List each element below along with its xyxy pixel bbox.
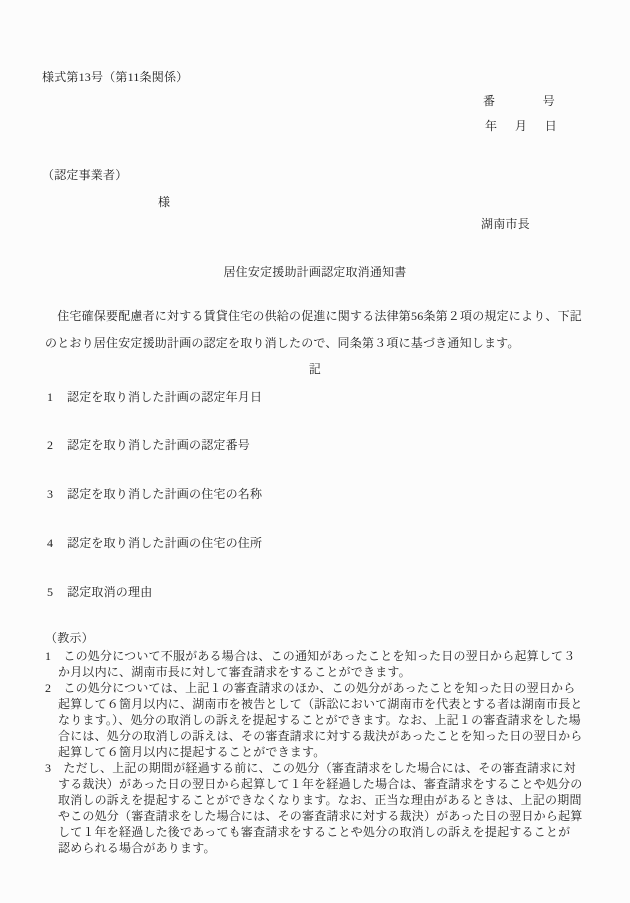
kyoji-line: 取消しの訴えを提起することができなくなります。なお、正当な理由があるときは、上記… [45,792,583,808]
number-prefix-label: 番 [483,95,495,109]
list-item-number: 4 [47,537,67,551]
kyoji-line: なります。）、処分の取消しの訴えを提起することができます。なお、上記１の審査請求… [45,712,583,728]
body-paragraph: 住宅確保要配慮者に対する賃貸住宅の供給の促進に関する法律第56条第２項の規定によ… [45,303,582,357]
kyoji-line: 1 この処分について不服がある場合は、この通知があったことを知った日の翌日から起… [45,648,583,664]
kyoji-line: やこの処分（審査請求をした場合には、その審査請求に対する裁決）があった日の翌日か… [45,808,583,824]
list-item-number: 5 [47,586,67,600]
kyoji-heading: （教示） [45,632,94,646]
sender-name: 湖南市長 [481,218,530,232]
addressee-label: （認定事業者） [42,169,127,183]
list-item-cancellation-reason: 5認定取消の理由 [47,586,152,600]
kyoji-line: 起算して６箇月以内に、湖南市を被告として（訴訟において湖南市を代表とする者は湖南… [45,696,583,712]
date-month-label: 月 [515,120,527,134]
document-number-line: 番 号 [483,95,555,109]
kyoji-line: 2 この処分については、上記１の審査請求のほか、この処分があったことを知った日の… [45,680,583,696]
kyoji-line: して１年を経過した後であっても審査請求をすることや処分の取消しの訴えを提起するこ… [45,824,583,840]
kyoji-line: か月以内に、湖南市長に対して審査請求をすることができます。 [45,664,583,680]
kyoji-line: 合には、処分の取消しの訴えは、その審査請求に対する裁決があったことを知った日の翌… [45,728,583,744]
kyoji-line: する裁決）があった日の翌日から起算して１年を経過した場合は、審査請求をすることや… [45,776,583,792]
date-year-label: 年 [485,120,497,134]
kyoji-line: 認められる場合があります。 [45,840,583,856]
number-suffix-label: 号 [543,95,555,109]
kyoji-line: 起算して６箇月以内に提起することができます。 [45,744,583,760]
list-item-label: 認定を取り消した計画の住宅の名称 [67,487,262,501]
date-line: 年 月 日 [485,120,557,134]
list-item-number: 3 [47,488,67,502]
list-item-label: 認定取消の理由 [67,585,152,599]
date-day-label: 日 [545,120,557,134]
kyoji-section: 1 この処分について不服がある場合は、この通知があったことを知った日の翌日から起… [45,648,583,856]
list-item-certification-date: 1認定を取り消した計画の認定年月日 [47,391,262,405]
notation-marker: 記 [0,363,630,377]
body-line: のとおり居住安定援助計画の認定を取り消したので、同条第３項に基づき通知します。 [45,330,582,357]
list-item-number: 2 [47,439,67,453]
kyoji-line: 3 ただし、上記の期間が経過する前に、この処分（審査請求をした場合には、その審査… [45,760,583,776]
form-number: 様式第13号（第11条関係） [42,71,188,85]
list-item-label: 認定を取り消した計画の認定番号 [67,438,250,452]
list-item-certification-number: 2認定を取り消した計画の認定番号 [47,439,250,453]
body-line: 住宅確保要配慮者に対する賃貸住宅の供給の促進に関する法律第56条第２項の規定によ… [45,303,582,330]
list-item-label: 認定を取り消した計画の住宅の住所 [67,536,262,550]
document-title: 居住安定援助計画認定取消通知書 [0,266,630,280]
list-item-label: 認定を取り消した計画の認定年月日 [67,390,262,404]
list-item-housing-name: 3認定を取り消した計画の住宅の名称 [47,488,262,502]
list-item-housing-address: 4認定を取り消した計画の住宅の住所 [47,537,262,551]
list-item-number: 1 [47,391,67,405]
addressee-honorific: 様 [158,196,170,210]
document-page: 様式第13号（第11条関係） 番 号 年 月 日 （認定事業者） 様 湖南市長 … [0,0,630,903]
